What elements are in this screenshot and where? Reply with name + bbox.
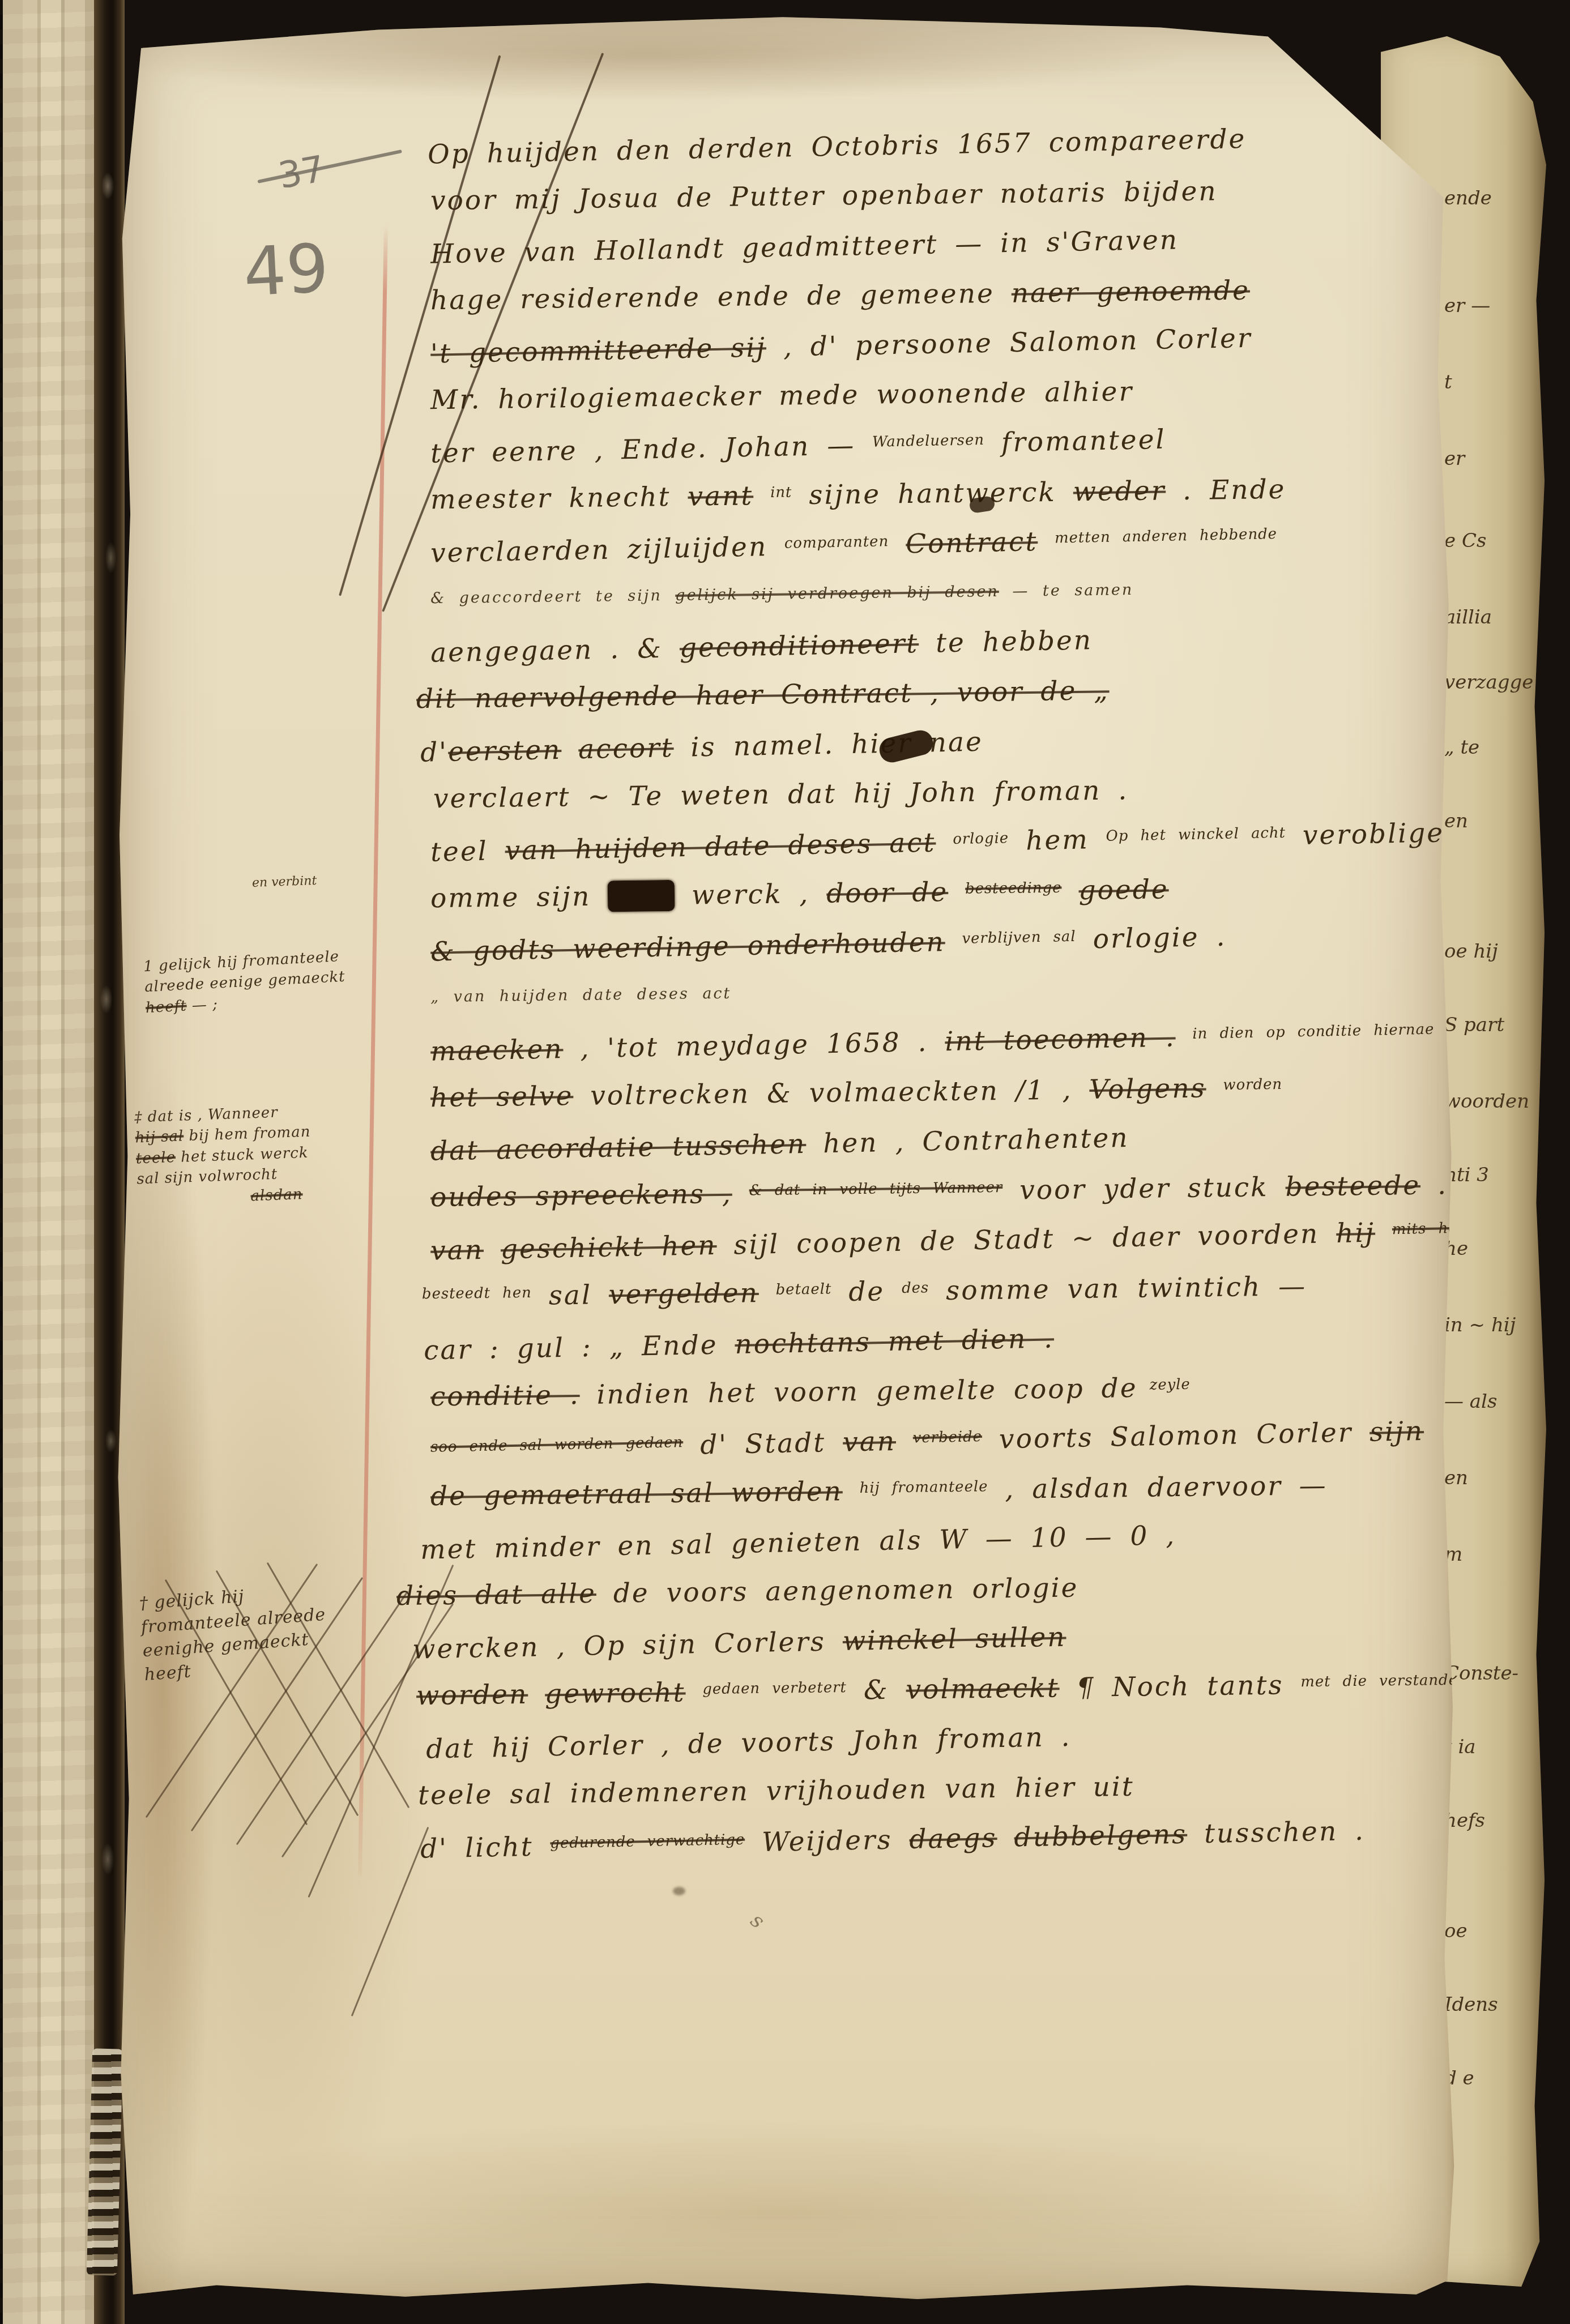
text-segment: fromanteel — [984, 424, 1166, 459]
text-segment: orlogie . — [1076, 921, 1227, 955]
text-segment: ter eenre , Ende. Johan — — [430, 430, 873, 469]
text-segment — [1206, 1073, 1223, 1104]
text-segment — [1038, 526, 1055, 558]
manuscript-line: Hove van Hollandt geadmitteert — in s'Gr… — [430, 219, 1473, 270]
manuscript-line: meester knecht vant int sijne hantwerck … — [430, 472, 1473, 515]
struck-text-segment: teele — [136, 1149, 176, 1167]
text-segment: met minder en sal genieten als W — 10 — … — [420, 1520, 1176, 1566]
pen-flourish-stroke — [351, 1827, 429, 2017]
text-segment: indien het voorn gemelte coop de — [579, 1373, 1138, 1411]
text-segment: „ van huijden date deses act — [430, 985, 732, 1006]
manuscript-interline: & geaccordeert te sijn gelijck sij verdr… — [430, 577, 1473, 607]
struck-text-segment: dat accordatie tusschen — [430, 1129, 807, 1167]
manuscript-line: verclaerden zijluijden comparanten Contr… — [430, 518, 1473, 569]
stray-ink-mark: s — [746, 1909, 769, 1933]
text-segment — [685, 1677, 703, 1708]
text-segment: , 'tot meydage 1658 . — [563, 1026, 945, 1065]
edge-text-fragment: er — — [1444, 294, 1490, 317]
struck-text-segment: gewrocht — [545, 1677, 686, 1710]
struck-text-segment: worden — [416, 1679, 528, 1711]
struck-text-segment: dies dat alle — [396, 1578, 596, 1612]
text-segment: de — [831, 1276, 902, 1308]
text-segment — [1175, 1022, 1193, 1053]
edge-text-fragment: oe — [1444, 1920, 1467, 1942]
text-segment: werck , — [675, 878, 827, 911]
struck-text-segment: dit naervolgende haer Contract , voor de… — [416, 675, 1110, 715]
manuscript-page: 37 49 Op huijden den derden Octobris 165… — [109, 9, 1457, 2304]
edge-text-fragment: aillia — [1444, 606, 1492, 629]
text-segment — [936, 827, 953, 858]
text-segment: ¶ Noch tants — [1059, 1669, 1301, 1703]
margin-fragment: en verbint — [252, 874, 317, 890]
interlinear-insertion: des — [902, 1279, 929, 1297]
text-segment — [753, 480, 771, 511]
margin-note-3: † gelijck hij fromanteele alreede eenigh… — [139, 1579, 330, 1687]
struck-text-segment: verbeide — [913, 1428, 983, 1446]
interlinear-insertion: int — [770, 484, 792, 501]
struck-text-segment: besteede — [1285, 1170, 1420, 1203]
text-segment: is namel. hier nae — [673, 727, 983, 763]
interlinear-insertion: Op het winckel acht — [1106, 824, 1286, 845]
manuscript-line: maecken , 'tot meydage 1658 . int toecom… — [430, 1016, 1473, 1067]
manuscript-line: car : gul : „ Ende nochtans met dien . — [424, 1315, 1466, 1366]
text-segment: — te samen — [999, 581, 1134, 600]
manuscript-line: het selve voltrecken & volmaeckten /1 , … — [430, 1070, 1473, 1113]
text-segment: sijl coopen de Stadt ~ daer voorden — [716, 1218, 1337, 1261]
cancellation-stroke — [382, 53, 604, 612]
interlinear-insertion: besteedt hen — [422, 1284, 532, 1302]
struck-text-segment: besteedinge — [965, 879, 1062, 898]
struck-text-segment: alsdan — [250, 1186, 303, 1204]
text-segment: de voors aengenomen orlogie — [596, 1573, 1079, 1609]
manuscript-line: aengegaen . & geconditioneert te hebben — [430, 617, 1473, 668]
text-segment: somme van twintich — — [929, 1271, 1307, 1306]
struck-text-segment: nochtans met dien . — [735, 1323, 1055, 1360]
text-segment — [945, 926, 962, 958]
text-segment: d' — [420, 737, 449, 768]
text-segment: d' licht — [420, 1831, 551, 1864]
text-segment: dat hij Corler , de voorts John froman . — [426, 1721, 1072, 1765]
struck-text-segment: hij — [1336, 1217, 1376, 1249]
manuscript-line: d'eersten accort is namel. hier nae — [420, 717, 1463, 768]
edge-text-fragment: en — [1444, 1467, 1468, 1489]
text-segment: bij hem froman — [184, 1123, 311, 1145]
text-segment — [997, 1822, 1014, 1854]
manuscript-line: dat hij Corler , de voorts John froman . — [426, 1714, 1469, 1765]
struck-text-segment: soo ende sal worden gedaen — [430, 1434, 684, 1456]
edge-text-fragment: e Cs — [1444, 529, 1486, 552]
manuscript-line: de gemaetraal sal worden hij fromanteele… — [430, 1468, 1473, 1512]
interlinear-insertion: hij fromanteele — [860, 1478, 988, 1497]
binding-stitching — [87, 2048, 123, 2275]
interlinear-insertion: zeyle — [1137, 1376, 1191, 1394]
interlinear-insertion: comparanten — [784, 533, 889, 552]
edge-text-fragment: woorden — [1444, 1090, 1529, 1113]
struck-text-segment: winckel sullen — [842, 1622, 1066, 1657]
manuscript-line: voor mij Josua de Putter openbaer notari… — [430, 173, 1473, 216]
text-segment: teel — [430, 835, 506, 868]
struck-text-segment: sijn — [1370, 1416, 1424, 1448]
struck-text-segment: oudes spreeckens , — [430, 1178, 732, 1214]
folio-number-new: 49 — [241, 229, 330, 311]
text-segment — [1061, 875, 1079, 906]
manuscript-interline: „ van huijden date deses act — [430, 976, 1473, 1006]
text-segment: meester knecht — [430, 481, 688, 516]
text-segment: hage residerende ende de gemeene — [430, 278, 1012, 317]
struck-text-segment: door de — [826, 877, 949, 909]
edge-text-fragment: en — [1444, 810, 1468, 832]
manuscript-line: 't gecommitteerde sij , d' persoone Salo… — [430, 318, 1473, 369]
struck-text-segment: & godts weerdinge onderhouden — [430, 926, 946, 967]
text-segment — [528, 1678, 545, 1710]
manuscript-line: dit naervolgende haer Contract , voor de… — [416, 671, 1459, 715]
struck-text-segment: geconditioneert — [679, 628, 919, 664]
struck-text-segment: Contract — [906, 526, 1038, 559]
manuscript-line: worden gewrocht gedaen verbetert & volma… — [416, 1668, 1459, 1711]
text-segment: car : gul : „ Ende — [424, 1329, 735, 1366]
struck-text-segment: int toecomen . — [945, 1022, 1176, 1057]
text-segment: xxxx — [608, 880, 675, 912]
manuscript-line: besteedt hen sal vergelden betaelt de de… — [422, 1269, 1465, 1313]
interlinear-insertion: Wandeluersen — [872, 432, 985, 451]
manuscript-line: oudes spreeckens , & dat in volle tijts … — [430, 1169, 1473, 1213]
text-segment: voor mij Josua de Putter openbaer notari… — [430, 176, 1218, 216]
text-segment — [732, 1178, 749, 1209]
manuscript-line: & godts weerdinge onderhouden verblijven… — [430, 916, 1473, 967]
text-segment: hen , Contrahenten — [806, 1122, 1129, 1160]
edge-text-fragment: Idens — [1444, 1993, 1498, 2016]
edge-text-fragment: t — [1444, 371, 1452, 394]
text-segment: , alsdan daervoor — — [988, 1470, 1328, 1505]
text-segment — [483, 1234, 501, 1266]
text-segment: & — [847, 1674, 906, 1706]
struck-text-segment: weder — [1073, 475, 1166, 507]
manuscript-line: Op huijden den derden Octobris 1657 comp… — [428, 119, 1470, 170]
struck-text-segment: het selve — [430, 1080, 574, 1113]
text-segment: & geaccordeert te sijn — [430, 587, 676, 607]
struck-text-segment: gedurende verwachtige — [550, 1831, 745, 1852]
text-segment: sal sijn volwrocht — [136, 1166, 278, 1188]
struck-text-segment: & dat in volle tijts Wanneer — [749, 1179, 1002, 1199]
text-segment — [895, 1425, 913, 1457]
manuscript-line: wercken , Op sijn Corlers winckel sullen — [412, 1614, 1455, 1665]
text-segment: — ; — [186, 996, 219, 1014]
edge-text-fragment: hefs — [1444, 1809, 1485, 1832]
interlinear-insertion: worden — [1223, 1076, 1282, 1093]
text-segment: . Ende — [1166, 474, 1286, 507]
interlinear-insertion: gedaen verbetert — [702, 1679, 847, 1698]
text-segment: sal — [532, 1279, 609, 1311]
struck-text-segment: dubbelgens — [1014, 1819, 1188, 1853]
struck-text-segment: vergelden — [609, 1278, 760, 1310]
text-segment: Mr. horilogiemaecker mede woonende alhie… — [430, 376, 1134, 416]
edge-text-fragment: oe hij — [1444, 940, 1498, 963]
margin-note-2: ‡ dat is , Wanneer hij sal bij hem froma… — [134, 1101, 313, 1211]
manuscript-line: omme sijn xxxx werck , door de besteedin… — [430, 870, 1473, 914]
struck-text-segment: Volgens — [1089, 1073, 1206, 1106]
text-segment: d' Stadt — [683, 1427, 843, 1461]
manuscript-line: dat accordatie tusschen hen , Contrahent… — [430, 1116, 1473, 1167]
struck-text-segment: geschickt hen — [500, 1230, 717, 1265]
manuscript-line: teele sal indemneren vrijhouden van hier… — [418, 1767, 1461, 1811]
margin-note-1: 1 gelijck hij fromanteele alreede eenige… — [143, 946, 347, 1019]
interlinear-insertion: met die verstande — [1300, 1672, 1458, 1690]
text-segment: wercken , Op sijn Corlers — [412, 1626, 843, 1665]
edge-text-fragment: „ te — [1444, 736, 1479, 759]
text-segment: , d' persoone Salomon Corler — [766, 323, 1252, 363]
manuscript-scan-photo: { "document": { "kind_label": "handwritt… — [0, 0, 1570, 2324]
text-segment: Hove van Hollandt geadmitteert — in s'Gr… — [430, 224, 1179, 270]
manuscript-line: teel van huijden date deses act orlogie … — [430, 817, 1473, 868]
text-segment: teele sal indemneren vrijhouden van hier… — [418, 1771, 1134, 1811]
struck-text-segment: van huijden date deses act — [505, 827, 936, 867]
struck-text-segment: daegs — [909, 1822, 997, 1855]
text-segment: tusschen . — [1187, 1815, 1366, 1850]
text-segment — [759, 1278, 777, 1309]
edge-text-fragment: Conste- — [1444, 1662, 1518, 1685]
text-segment — [1375, 1217, 1393, 1249]
struck-text-segment: conditie . — [430, 1379, 580, 1412]
edge-text-fragment: in ~ hij — [1444, 1314, 1516, 1336]
struck-text-segment: vant — [688, 480, 753, 512]
interlinear-insertion: verblijven sal — [962, 928, 1076, 947]
text-segment: Op huijden den derden Octobris 1657 comp… — [428, 123, 1247, 170]
interlinear-insertion: orlogie — [953, 830, 1009, 848]
text-segment: aengegaen . & — [430, 633, 680, 668]
text-segment: ‡ dat is , Wanneer — [134, 1104, 278, 1126]
text-segment — [842, 1476, 860, 1507]
struck-text-segment: maecken — [430, 1033, 564, 1067]
struck-text-segment: gelijck sij verdroegen bij desen — [675, 583, 999, 604]
manuscript-line: soo ende sal worden gedaen d' Stadt van … — [430, 1415, 1473, 1466]
interlinear-insertion: metten anderen hebbende — [1055, 526, 1277, 547]
text-segment: voorts Salomon Corler — [982, 1417, 1370, 1455]
edge-text-fragment: S part — [1444, 1014, 1504, 1036]
manuscript-line: d' licht gedurende verwachtige Weijders … — [420, 1813, 1463, 1864]
text-segment: het stuck werck — [175, 1144, 309, 1166]
ink-smudge — [673, 1887, 685, 1895]
struck-text-segment: hij sal — [135, 1128, 184, 1147]
struck-text-segment: eersten — [448, 734, 562, 768]
manuscript-line: dies dat alle de voors aengenomen orlogi… — [396, 1568, 1439, 1612]
manuscript-line: conditie . indien het voorn gemelte coop… — [430, 1369, 1473, 1412]
text-segment: verclaert ~ Te weten dat hij John froman… — [433, 775, 1129, 814]
interlinear-insertion: betaelt — [776, 1280, 832, 1298]
struck-text-segment: naer genoemde — [1011, 275, 1250, 309]
struck-text-segment: van — [430, 1234, 484, 1267]
edge-text-fragment: ende — [1444, 187, 1492, 210]
manuscript-line: met minder en sal genieten als W — 10 — … — [420, 1514, 1463, 1565]
text-segment — [561, 734, 579, 766]
struck-text-segment: heeft — [145, 997, 187, 1016]
struck-text-segment: goede — [1078, 874, 1169, 906]
manuscript-line: van geschickt hen sijl coopen de Stadt ~… — [430, 1215, 1473, 1266]
manuscript-line: hage residerende ende de gemeene naer ge… — [430, 272, 1473, 316]
text-segment: heeft — [144, 1662, 192, 1685]
struck-text-segment: volmaeckt — [906, 1672, 1060, 1705]
struck-text-segment: de gemaetraal sal worden — [430, 1476, 843, 1512]
edge-text-fragment: er — [1444, 447, 1465, 470]
book-foredge-pages — [0, 0, 95, 2324]
manuscript-line: verclaert ~ Te weten dat hij John froman… — [433, 771, 1476, 814]
text-segment: te hebben — [919, 625, 1093, 659]
struck-text-segment: accort — [578, 732, 674, 765]
text-segment: verclaerden zijluijden — [430, 531, 785, 569]
manuscript-line: Mr. horilogiemaecker mede woonende alhie… — [430, 372, 1473, 416]
text-segment: voltrecken & volmaeckten /1 , — [573, 1074, 1090, 1112]
binding-gutter — [94, 0, 125, 2324]
text-segment: voor yder stuck — [1002, 1172, 1286, 1206]
text-segment: hem — [1009, 824, 1107, 857]
text-segment: Weijders — [745, 1824, 910, 1859]
text-segment — [889, 529, 906, 561]
text-segment: sijne hantwerck — [792, 476, 1073, 511]
text-segment: omme sijn — [430, 881, 608, 914]
manuscript-line: ter eenre , Ende. Johan — Wandeluersen f… — [430, 418, 1473, 469]
text-segment — [948, 877, 966, 908]
edge-text-fragment: — als — [1444, 1390, 1497, 1413]
struck-text-segment: van — [843, 1426, 897, 1458]
edge-text-fragment: verzagge — [1444, 671, 1533, 694]
